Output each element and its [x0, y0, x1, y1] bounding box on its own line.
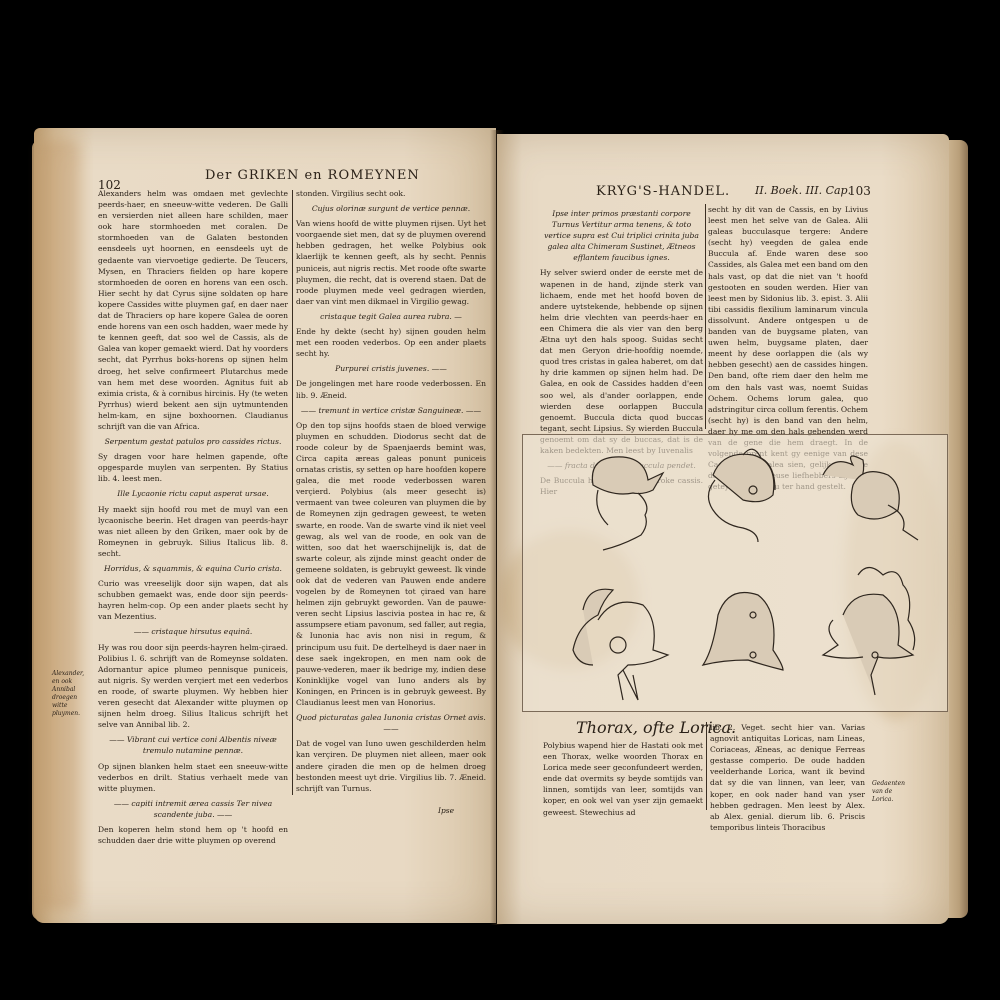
column-rule-section	[706, 722, 707, 810]
paragraph: Sy dragen voor hare helmen gapende, ofte…	[98, 451, 288, 484]
margin-note-left: Alexander, en ook Annibal droegen witte …	[52, 670, 82, 718]
margin-note-right: Gedaenten van de Lorica.	[872, 780, 902, 804]
paragraph: Den koperen helm stond hem op 't hoofd e…	[98, 824, 288, 846]
helmet-icon	[592, 457, 663, 550]
left-column-2: stonden. Virgilius secht ook.Cujus olori…	[296, 188, 486, 796]
left-column-1: Alexanders helm was omdaen met gevlechte…	[98, 188, 288, 848]
paragraph: Hy selver swierd onder de eerste met de …	[540, 267, 703, 456]
helmets-engraving	[523, 435, 947, 711]
catchword: Ipse	[438, 806, 454, 815]
latin-quotation: —— Vibrant cui vertice coni Albentis niv…	[98, 734, 288, 756]
paragraph: Op den top sijns hoofds staen de bloed v…	[296, 420, 486, 708]
paragraph: Alexanders helm was omdaen met gevlechte…	[98, 188, 288, 432]
latin-quotation: Quod picturatas galea Iunonia cristas Or…	[296, 712, 486, 734]
open-book: 102 Der GRIKEN en ROMEYNEN Alexanders he…	[0, 0, 1000, 1000]
helmet-icon	[708, 449, 775, 542]
section-column-2: lib. 2. Veget. secht hier van. Varias ag…	[710, 722, 865, 833]
latin-quotation: Serpentum gestat patulos pro cassides ri…	[98, 436, 288, 447]
page-number-right: 103	[848, 184, 871, 198]
latin-quotation: —— capiti intremit ærea cassis Ter nivea…	[98, 798, 288, 820]
section-column-1: Polybius wapend hier de Hastati ook met …	[543, 740, 703, 818]
latin-quotation: Ipse inter primos præstanti corpore Turn…	[540, 208, 703, 263]
helmet-icon	[573, 589, 668, 700]
paragraph: stonden. Virgilius secht ook.	[296, 188, 486, 199]
latin-quotation: —— cristaque hirsutus equinâ.	[98, 626, 288, 637]
column-rule-left	[292, 190, 293, 795]
engraved-plate-helmets	[522, 434, 948, 712]
paragraph: Hy maekt sijn hoofd rou met de muyl van …	[98, 504, 288, 559]
helmet-icon	[703, 593, 783, 671]
helmet-icon	[823, 568, 915, 696]
paragraph: Dat de vogel van Iuno uwen geschilderden…	[296, 738, 486, 793]
running-head-left: Der GRIKEN en ROMEYNEN	[205, 168, 420, 183]
paragraph: Van wiens hoofd de witte pluymen rijsen.…	[296, 218, 486, 307]
paragraph: Ende hy dekte (secht hy) sijnen gouden h…	[296, 326, 486, 359]
edge-stain	[40, 140, 80, 910]
column-rule-right	[705, 204, 706, 429]
latin-quotation: Horridus, & squammis, & equina Curio cri…	[98, 563, 288, 574]
latin-quotation: Cujus olorinæ surgunt de vertice pennæ.	[296, 203, 486, 214]
book-edge-right	[946, 140, 968, 918]
latin-quotation: cristaque tegit Galea aurea rubra. —	[296, 311, 486, 322]
running-head-right-sub: II. Boek. III. Cap.	[755, 184, 851, 197]
latin-quotation: —— tremunt in vertice cristæ Sanguineæ. …	[296, 405, 486, 416]
running-head-right: KRYG'S-HANDEL.	[596, 184, 730, 199]
paragraph: Op sijnen blanken helm staet een sneeuw-…	[98, 761, 288, 794]
paragraph: De jongelingen met hare roode vederbosse…	[296, 378, 486, 400]
latin-quotation: Purpurei cristis juvenes. ——	[296, 363, 486, 374]
paragraph: Curio was vreeselijk door sijn wapen, da…	[98, 578, 288, 622]
paragraph: Hy was rou door sijn peerds-hayren helm-…	[98, 642, 288, 731]
helmet-icon	[823, 456, 918, 540]
latin-quotation: Ille Lycaonie rictu caput asperat ursae.	[98, 488, 288, 499]
